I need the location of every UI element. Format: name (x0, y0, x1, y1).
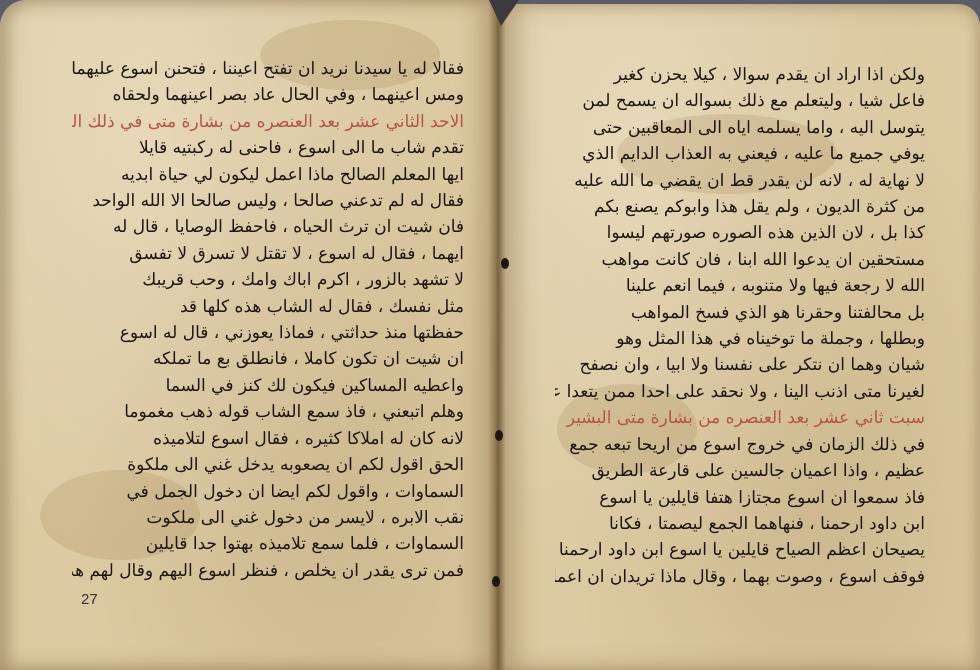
text-line: ابن داود ارحمنا ، فنهاهما الجمع ليصمتا ،… (555, 511, 925, 537)
text-line: فمن ترى يقدر ان يخلص ، فنظر اسوع اليهم و… (72, 558, 464, 584)
text-line: السماوات ، واقول لكم ايضا ان دخول الجمل … (72, 479, 464, 505)
text-line: وبطلها ، وجملة ما توخيناه في هذا المثل و… (555, 326, 925, 352)
text-line: فوقف اسوع ، وصوت بهما ، وقال ماذا تريدان… (555, 564, 925, 590)
text-line: السماوات ، فلما سمع تلاميذه بهتوا جدا قا… (72, 531, 464, 557)
text-line: مثل نفسك ، فقال له الشاب هذه كلها قد (72, 294, 464, 320)
text-line: يوفي جميع ما عليه ، فيعني به العذاب الدا… (555, 141, 925, 167)
text-line: عظيم ، واذا اعميان جالسين على قارعة الطر… (555, 458, 925, 484)
text-line: يتوسل اليه ، واما يسلمه اياه الى المعاقب… (555, 115, 925, 141)
rubric-heading: الاحد الثاني عشر بعد العنصره من بشارة مت… (72, 109, 464, 135)
binding-hole (492, 576, 500, 587)
text-line: فقالا له يا سيدنا نريد ان تفتح اعيننا ، … (72, 56, 464, 82)
book-gutter (488, 0, 506, 670)
text-line: ولكن اذا اراد ان يقدم سوالا ، كيلا يحزن … (555, 62, 925, 88)
text-line: وهلم اتبعني ، فاذ سمع الشاب قوله ذهب مغم… (72, 399, 464, 425)
rubric-heading: سبت ثاني عشر بعد العنصره من بشارة متى ال… (555, 405, 925, 431)
folio-number: 27 (81, 591, 98, 608)
text-line: في ذلك الزمان في خروج اسوع من اريحا تبعه… (555, 432, 925, 458)
text-line: الله لا رجعة فيها ولا متنوبه ، فيما انعم… (555, 273, 925, 299)
binding-hole (495, 430, 503, 441)
manuscript-photo: فقالا له يا سيدنا نريد ان تفتح اعيننا ، … (0, 0, 980, 670)
text-line: واعطيه المساكين فيكون لك كنز في السما (72, 373, 464, 399)
text-line: تقدم شاب ما الى اسوع ، فاحنى له ركبتيه ق… (72, 135, 464, 161)
text-line: ايهما ، فقال له اسوع ، لا تقتل لا تسرق ل… (72, 241, 464, 267)
text-line: فاذ سمعوا ان اسوع مجتازا هتفا قايلين يا … (555, 485, 925, 511)
text-line: كذا بل ، لان الذين هذه الصوره صورتهم ليس… (555, 220, 925, 246)
binding-hole (501, 258, 509, 269)
left-page-text: فقالا له يا سيدنا نريد ان تفتح اعيننا ، … (72, 56, 464, 584)
text-line: ومس اعينهما ، وفي الحال عاد بصر اعينهما … (72, 82, 464, 108)
text-line: حفظتها منذ حداثتي ، فماذا يعوزني ، قال ل… (72, 320, 464, 346)
text-line: فقال له لم تدعني صالحا ، وليس صالحا الا … (72, 188, 464, 214)
text-line: لغيرنا متى اذنب الينا ، ولا نحقد على احد… (555, 379, 925, 405)
right-page: ولكن اذا اراد ان يقدم سوالا ، كيلا يحزن … (497, 4, 980, 670)
text-line: من كثرة الديون ، ولم يقل هذا وابوكم يصنع… (555, 194, 925, 220)
text-line: لا تشهد بالزور ، اكرم اباك وامك ، وحب قر… (72, 267, 464, 293)
text-line: مستحقين ان يدعوا الله ابنا ، فان كانت مو… (555, 247, 925, 273)
text-line: الحق اقول لكم ان يصعوبه يدخل غني الى ملك… (72, 452, 464, 478)
left-page: فقالا له يا سيدنا نريد ان تفتح اعيننا ، … (0, 0, 497, 670)
text-line: يصيحان اعظم الصياح قايلين يا اسوع ابن دا… (555, 537, 925, 563)
text-line: شيان وهما ان نتكر على نفسنا ولا ابيا ، و… (555, 352, 925, 378)
text-line: ايها المعلم الصالح ماذا اعمل ليكون لي حي… (72, 162, 464, 188)
text-line: بل محالفتنا وحقرنا هو الذي فسخ المواهب (555, 300, 925, 326)
text-line: ان شيت ان تكون كاملا ، فانطلق بع ما تملك… (72, 346, 464, 372)
text-line: نقب الابره ، لايسر من دخول غني الى ملكوت (72, 505, 464, 531)
text-line: لانه كان له املاكا كثيره ، فقال اسوع لتل… (72, 426, 464, 452)
text-line: فاعل شيا ، وليتعلم مع ذلك بسواله ان يسمح… (555, 88, 925, 114)
text-line: فان شيت ان ترث الحياه ، فاحفظ الوصايا ، … (72, 214, 464, 240)
right-page-text: ولكن اذا اراد ان يقدم سوالا ، كيلا يحزن … (555, 62, 925, 590)
text-line: لا نهاية له ، لانه لن يقدر قط ان يقضي ما… (555, 168, 925, 194)
